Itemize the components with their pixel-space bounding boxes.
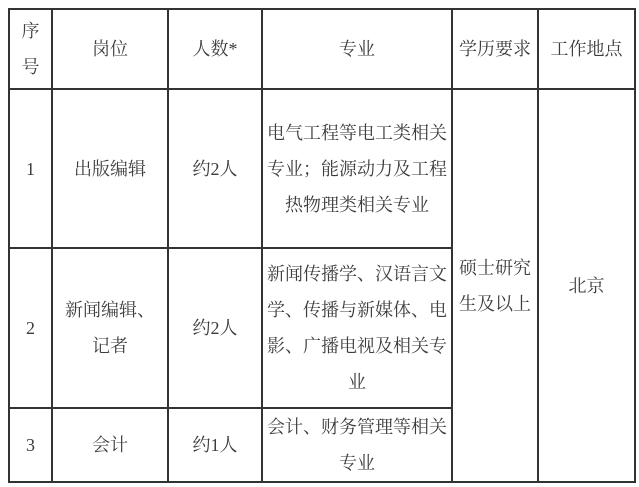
header-major: 专业 (262, 9, 452, 89)
header-work-location: 工作地点 (538, 9, 635, 89)
cell-row3-headcount: 约1人 (168, 408, 262, 482)
header-position: 岗位 (52, 9, 168, 89)
cell-row2-major: 新闻传播学、汉语言文学、传播与新媒体、电影、广播电视及相关专业 (262, 248, 452, 408)
cell-row1-position: 出版编辑 (52, 89, 168, 248)
cell-row2-headcount: 约2人 (168, 248, 262, 408)
header-education-requirement: 学历要求 (452, 9, 538, 89)
cell-row3-major: 会计、财务管理等相关专业 (262, 408, 452, 482)
cell-row2-serial-number: 2 (9, 248, 52, 408)
recruitment-table: 序号 岗位 人数* 专业 学历要求 工作地点 1 出版编辑 约2人 电气工程等电… (8, 8, 636, 483)
cell-row1-headcount: 约2人 (168, 89, 262, 248)
cell-row1-major: 电气工程等电工类相关专业；能源动力及工程热物理类相关专业 (262, 89, 452, 248)
header-serial-number: 序号 (9, 9, 52, 89)
cell-row3-position: 会计 (52, 408, 168, 482)
table-row-1: 1 出版编辑 约2人 电气工程等电工类相关专业；能源动力及工程热物理类相关专业 … (9, 89, 635, 248)
cell-education-requirement: 硕士研究生及以上 (452, 89, 538, 482)
cell-work-location: 北京 (538, 89, 635, 482)
cell-row1-serial-number: 1 (9, 89, 52, 248)
cell-row2-position: 新闻编辑、记者 (52, 248, 168, 408)
table-header-row: 序号 岗位 人数* 专业 学历要求 工作地点 (9, 9, 635, 89)
header-headcount: 人数* (168, 9, 262, 89)
cell-row3-serial-number: 3 (9, 408, 52, 482)
